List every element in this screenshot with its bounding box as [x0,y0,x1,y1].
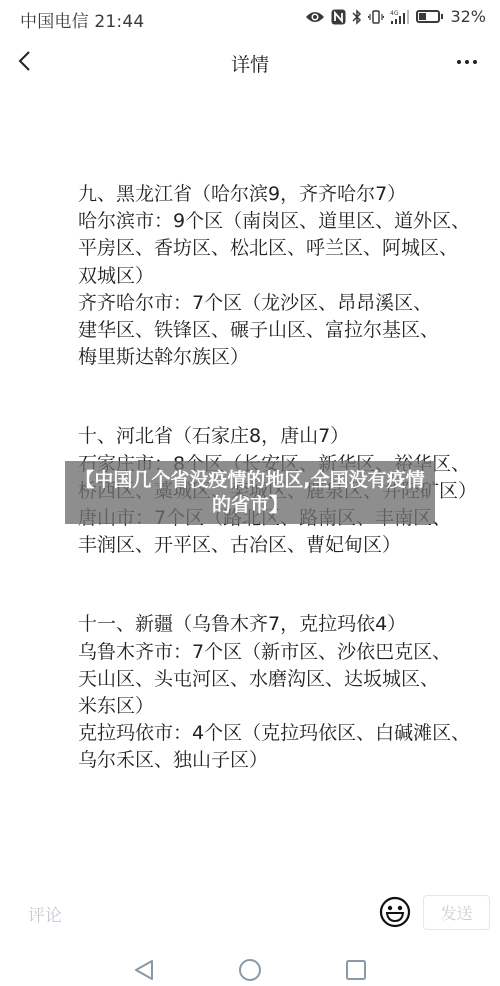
text-line: 平房区、香坊区、松北区、呼兰区、阿城区、 [78,235,478,262]
section-heilongjiang: 九、黑龙江省（哈尔滨9，齐齐哈尔7） 哈尔滨市：9个区（南岗区、道里区、道外区、… [78,181,478,371]
more-dots-icon [457,60,461,64]
vibrate-icon [368,8,384,26]
eye-icon [305,8,325,26]
text-line: 丰润区、开平区、古冶区、曹妃甸区） [78,532,478,559]
text-line: 乌尔禾区、独山子区） [78,747,478,774]
status-bar: 中国电信 21:44 4G 32% [0,0,500,36]
nfc-icon [331,8,346,26]
text-line: 天山区、头屯河区、水磨沟区、达坂城区、 [78,666,478,693]
smiley-icon [379,896,411,928]
section-xinjiang: 十一、新疆（乌鲁木齐7，克拉玛依4） 乌鲁木齐市：7个区（新市区、沙依巴克区、 … [78,611,478,774]
text-line: 哈尔滨市：9个区（南岗区、道里区、道外区、 [78,208,478,235]
back-triangle-icon [132,958,156,982]
text-line: 齐齐哈尔市：7个区（龙沙区、昂昂溪区、 [78,290,478,317]
system-recents-button[interactable] [344,958,368,982]
comment-bar: 评论 发送 [0,888,500,938]
text-line: 建华区、铁锋区、碾子山区、富拉尔基区、 [78,317,478,344]
4g-signal-icon: 4G [390,8,410,26]
svg-text:4G: 4G [390,10,399,17]
more-dot [465,60,469,64]
status-icons: 4G 32% [305,7,486,26]
section-heading: 九、黑龙江省（哈尔滨9，齐齐哈尔7） [78,181,478,208]
system-home-button[interactable] [238,958,262,982]
page-title: 详情 [0,50,500,77]
title-overlay-banner: 【中国几个省没疫情的地区,全国没有疫情的省市】 [65,461,435,524]
emoji-button[interactable] [379,896,411,928]
battery-percent: 32% [450,7,486,26]
more-dot [473,60,477,64]
recents-square-icon [344,958,368,982]
system-navigation-bar [0,950,500,986]
send-button[interactable]: 发送 [423,895,490,930]
text-line: 梅里斯达斡尔族区） [78,344,478,371]
text-line: 米东区） [78,693,478,720]
system-back-button[interactable] [132,958,156,982]
text-line: 双城区） [78,263,478,290]
text-line: 乌鲁木齐市：7个区（新市区、沙依巴克区、 [78,639,478,666]
top-nav-bar: 详情 [0,40,500,84]
overlay-title: 【中国几个省没疫情的地区,全国没有疫情的省市】 [71,468,429,518]
carrier-time: 中国电信 21:44 [20,7,144,32]
section-heading: 十、河北省（石家庄8，唐山7） [78,423,478,450]
home-circle-icon [238,958,262,982]
section-heading: 十一、新疆（乌鲁木齐7，克拉玛依4） [78,611,478,638]
comment-input[interactable]: 评论 [28,901,62,926]
more-options-button[interactable] [452,48,482,76]
battery-icon [416,8,440,26]
bluetooth-icon [352,8,362,26]
text-line: 克拉玛依市：4个区（克拉玛依区、白碱滩区、 [78,720,478,747]
